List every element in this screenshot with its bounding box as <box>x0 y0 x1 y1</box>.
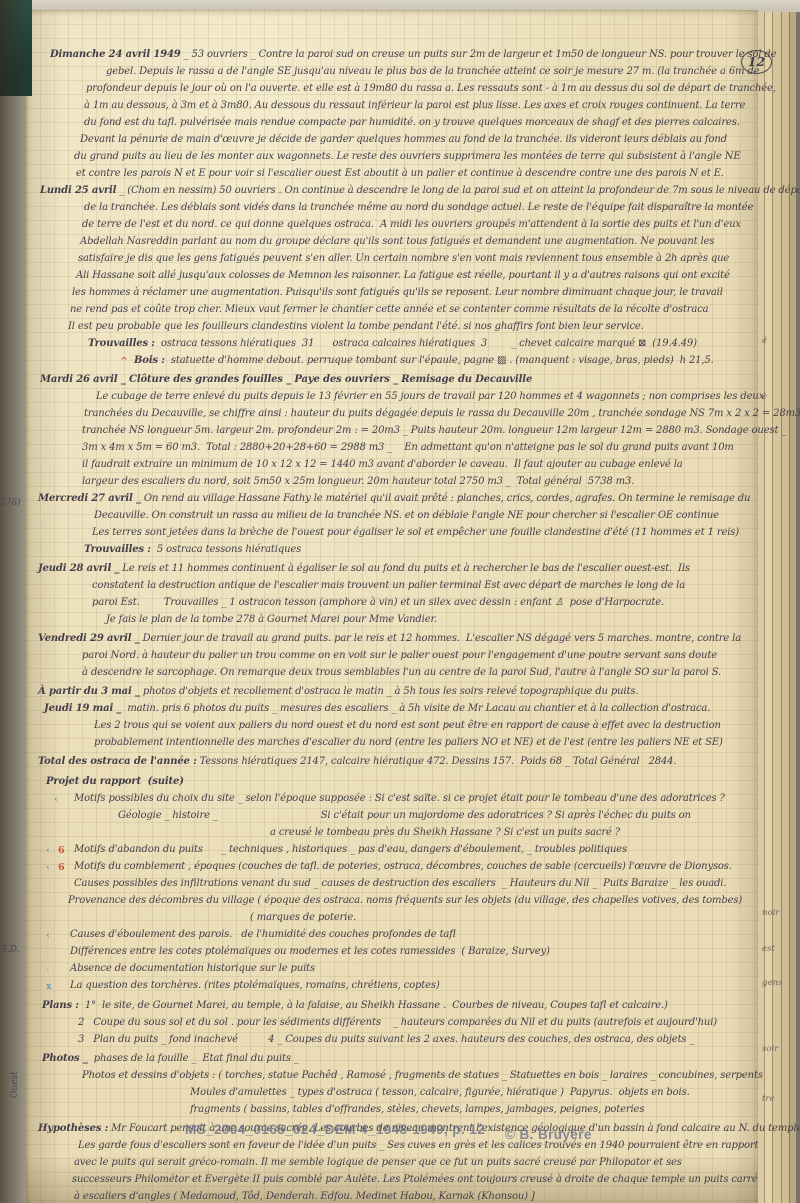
entry-heading: À partir du 3 mai _ <box>38 686 140 697</box>
entry-heading: Trouvailles : <box>84 544 151 555</box>
manuscript-line: à descendre le sarcophage. On remarque d… <box>38 664 756 681</box>
entry-text: Devant la pénurie de main d'œuvre je déc… <box>80 134 727 145</box>
manuscript-line: paroi Est. Trouvailles _ 1 ostracon tess… <box>38 594 756 611</box>
entry-text: _ 53 ouvriers _ Contre la paroi sud on c… <box>181 49 777 60</box>
entry-text: Causes d'éboulement des parois. de l'hum… <box>70 929 456 940</box>
manuscript-line: les hommes à réclamer une augmentation. … <box>38 284 756 301</box>
watermark-credit: © B. Bruyère <box>505 1127 592 1142</box>
entry-text: ne rend pas et coûte trop cher. Mieux va… <box>70 304 708 315</box>
binding-shadow <box>0 0 30 1203</box>
entry-text: Les 2 trous qui se voient aux paliers du… <box>94 720 721 731</box>
margin-note: S.D. <box>1 945 19 955</box>
manuscript-line: Moules d'amulettes _ types d'ostraca ( t… <box>38 1084 756 1101</box>
margin-check-mark: ‹ <box>54 791 58 808</box>
manuscript-line: probablement intentionnelle des marches … <box>38 734 756 751</box>
manuscript-line: Trouvailles : 5 ostraca tessons hiératiq… <box>38 541 756 558</box>
entry-text: Il est peu probable que les fouilleurs c… <box>68 321 644 332</box>
manuscript-line: ‹6Motifs du comblement , époques (couche… <box>38 858 756 875</box>
manuscript-line: Les terres sont jetées dans la brèche de… <box>38 524 756 541</box>
manuscript-line: 3 Plan du puits _ fond inachevé 4 _ Coup… <box>38 1031 756 1048</box>
entry-text: largeur des escaliers du nord, soit 5m50… <box>82 476 634 487</box>
margin-check-mark: x <box>46 978 52 995</box>
facing-page-text-fragment: soir <box>762 1044 778 1054</box>
entry-text: successeurs Philométor et Evergète II pu… <box>72 1174 758 1185</box>
entry-heading: Photos _ <box>42 1053 88 1064</box>
page-number-badge: 12 <box>741 50 772 74</box>
manuscript-line: et contre les parois N et E pour voir si… <box>38 165 756 182</box>
entry-text: probablement intentionnelle des marches … <box>94 737 723 748</box>
entry-text: avec le puits qui serait gréco-romain. I… <box>74 1157 682 1168</box>
entry-heading: Vendredi 29 avril _ <box>38 633 140 644</box>
manuscript-line: Trouvailles : ostraca tessons hiératique… <box>38 335 756 352</box>
entry-text: On rend au village Hassane Fathy le maté… <box>141 493 750 504</box>
manuscript-line: ‹Causes d'éboulement des parois. de l'hu… <box>38 926 756 943</box>
margin-check-mark: 6 <box>58 859 65 876</box>
entry-text: a creusé le tombeau près du Sheikh Hassa… <box>270 827 620 838</box>
entry-text: Géologie _ histoire _ Si c'était pour un… <box>118 810 691 821</box>
entry-text: ostraca tessons hiératiques 31 ostraca c… <box>155 338 697 349</box>
entry-text: Moules d'amulettes _ types d'ostraca ( t… <box>190 1087 690 1098</box>
manuscript-line: ‹6Motifs d'abandon du puits _ techniques… <box>38 841 756 858</box>
manuscript-line: Photos et dessins d'objets : ( torches, … <box>38 1067 756 1084</box>
manuscript-line: paroi Nord. à hauteur du palier un trou … <box>38 647 756 664</box>
manuscript-line: Il est peu probable que les fouilleurs c… <box>38 318 756 335</box>
manuscript-line: Plans : 1° le site, de Gournet Marei, au… <box>38 997 756 1014</box>
entry-heading: Total des ostraca de l'année : <box>38 756 197 767</box>
entry-text: tranchée NS longueur 5m. largeur 2m. pro… <box>82 425 786 436</box>
entry-text: phases de la fouille _ Etat final du pui… <box>88 1053 299 1064</box>
manuscript-line: ‹Absence de documentation historique sur… <box>38 960 756 977</box>
manuscript-line: xLa question des torchères. (rites ptolé… <box>38 977 756 994</box>
entry-text: Différences entre les cotes ptolémaïques… <box>70 946 550 957</box>
manuscript-line: Decauville. On construit un rassa au mil… <box>38 507 756 524</box>
entry-heading: Lundi 25 avril <box>40 185 116 196</box>
entry-text: Decauville. On construit un rassa au mil… <box>94 510 719 521</box>
manuscript-text: Dimanche 24 avril 1949 _ 53 ouvriers _ C… <box>38 46 756 1203</box>
entry-text: de terre de l'est et du nord. ce qui don… <box>82 219 741 230</box>
manuscript-line: Jeudi 19 mai _ matin. pris 6 photos du p… <box>38 700 756 717</box>
manuscript-line: fragments ( bassins, tables d'offrandes,… <box>38 1101 756 1118</box>
entry-text: ( marques de poterie. <box>250 912 356 923</box>
manuscript-line: Total des ostraca de l'année : Tessons h… <box>38 753 756 770</box>
entry-text: gebel. Depuis le rassa a de l'angle SE j… <box>106 66 759 77</box>
manuscript-line: tranchée NS longueur 5m. largeur 2m. pro… <box>38 422 756 439</box>
manuscript-line: il faudrait extraire un minimum de 10 x … <box>38 456 756 473</box>
entry-text: 2 Coupe du sous sol et du sol . pour les… <box>78 1017 717 1028</box>
entry-text: Je fais le plan de la tombe 278 à Gourne… <box>106 614 437 625</box>
entry-text: du grand puits au lieu de les monter aux… <box>74 151 741 162</box>
entry-heading: Projet du rapport (suite) <box>46 776 184 787</box>
entry-heading: Dimanche 24 avril 1949 <box>50 49 181 60</box>
entry-text: 3 Plan du puits _ fond inachevé 4 _ Coup… <box>78 1034 694 1045</box>
manuscript-line: 2 Coupe du sous sol et du sol . pour les… <box>38 1014 756 1031</box>
entry-heading: Jeudi 19 mai _ <box>44 703 121 714</box>
manuscript-line: Géologie _ histoire _ Si c'était pour un… <box>38 807 756 824</box>
entry-text: Photos et dessins d'objets : ( torches, … <box>82 1070 763 1081</box>
entry-text: 5 ostraca tessons hiératiques <box>151 544 301 555</box>
manuscript-line: Les 2 trous qui se voient aux paliers du… <box>38 717 756 734</box>
margin-check-mark: ‹ <box>46 961 50 978</box>
manuscript-line: Jeudi 28 avril _ Le reis et 11 hommes co… <box>38 560 756 577</box>
entry-heading: Hypothèses : <box>38 1123 108 1134</box>
entry-text: Tessons hiératiques 2147, calcaire hiéra… <box>197 756 677 767</box>
entry-text: Abdellah Nasreddin parlant au nom du gro… <box>80 236 714 247</box>
manuscript-line: Mercredi 27 avril _ On rend au village H… <box>38 490 756 507</box>
manuscript-line: tranchées du Decauville, se chiffre ains… <box>38 405 756 422</box>
manuscript-line: à 1m au dessous, à 3m et à 3m80. Au dess… <box>38 97 756 114</box>
manuscript-line: À partir du 3 mai _ photos d'objets et r… <box>38 683 756 700</box>
entry-heading: Plans : <box>42 1000 79 1011</box>
manuscript-line: Causes possibles des infiltrations venan… <box>38 875 756 892</box>
entry-text: Causes possibles des infiltrations venan… <box>74 878 726 889</box>
entry-text: Le cubage de terre enlevé du puits depui… <box>96 391 764 402</box>
entry-text: Motifs d'abandon du puits _ techniques ,… <box>74 844 627 855</box>
manuscript-line: du grand puits au lieu de les monter aux… <box>38 148 756 165</box>
manuscript-line: 3m x 4m x 5m = 60 m3. Total : 2880+20+28… <box>38 439 756 456</box>
entry-text: et contre les parois N et E pour voir si… <box>76 168 724 179</box>
manuscript-line: Lundi 25 avril _ (Chom en nessim) 50 ouv… <box>38 182 756 199</box>
entry-text: _ (Chom en nessim) 50 ouvriers . On cont… <box>116 185 800 196</box>
manuscript-line: ‹Différences entre les cotes ptolémaïque… <box>38 943 756 960</box>
entry-text: à descendre le sarcophage. On remarque d… <box>82 667 721 678</box>
manuscript-line: ‹Motifs possibles du choix du site _ sel… <box>38 790 756 807</box>
entry-heading: Trouvailles : <box>88 338 155 349</box>
entry-text: Ali Hassane soit allé jusqu'aux colosses… <box>76 270 730 281</box>
entry-text: La question des torchères. (rites ptolém… <box>70 980 440 991</box>
manuscript-line: gebel. Depuis le rassa a de l'angle SE j… <box>38 63 756 80</box>
entry-text: de la tranchée. Les déblais sont vidés d… <box>84 202 753 213</box>
entry-text: Les garde fous d'escaliers sont en faveu… <box>78 1140 758 1151</box>
manuscript-line: constatent la destruction antique de l'e… <box>38 577 756 594</box>
entry-text: à escaliers d'angles ( Medamoud, Tôd, De… <box>74 1191 535 1202</box>
manuscript-line: Le cubage de terre enlevé du puits depui… <box>38 388 756 405</box>
margin-check-mark: ‹ <box>46 927 50 944</box>
margin-check-mark: 6 <box>58 842 65 859</box>
notebook-page: Dimanche 24 avril 1949 _ 53 ouvriers _ C… <box>26 10 758 1203</box>
entry-text: constatent la destruction antique de l'e… <box>92 580 685 591</box>
entry-heading: Bois : <box>134 355 165 366</box>
manuscript-line: successeurs Philométor et Evergète II pu… <box>38 1171 756 1188</box>
entry-text: il faudrait extraire un minimum de 10 x … <box>82 459 683 470</box>
entry-text: fragments ( bassins, tables d'offrandes,… <box>190 1104 644 1115</box>
entry-text: matin. pris 6 photos du puits _ mesures … <box>121 703 710 714</box>
manuscript-line: Les garde fous d'escaliers sont en faveu… <box>38 1137 756 1154</box>
entry-text: Dernier jour de travail au grand puits. … <box>140 633 741 644</box>
manuscript-line: avec le puits qui serait gréco-romain. I… <box>38 1154 756 1171</box>
manuscript-line: Projet du rapport (suite) <box>38 773 756 790</box>
facing-page-text-fragment: est <box>762 944 775 954</box>
facing-page-text-fragment: tre <box>762 1094 775 1104</box>
manuscript-line: de terre de l'est et du nord. ce qui don… <box>38 216 756 233</box>
entry-text: satisfaire je dis que les gens fatigués … <box>78 253 729 264</box>
entry-text: 1° le site, de Gournet Marei, au temple,… <box>79 1000 668 1011</box>
margin-note: Ouest <box>10 1071 20 1098</box>
manuscript-line: de la tranchée. Les déblais sont vidés d… <box>38 199 756 216</box>
entry-text: Motifs possibles du choix du site _ selo… <box>74 793 725 804</box>
manuscript-line: Devant la pénurie de main d'œuvre je déc… <box>38 131 756 148</box>
margin-check-mark: ‹ <box>46 842 50 859</box>
manuscript-line: satisfaire je dis que les gens fatigués … <box>38 250 756 267</box>
manuscript-line: Mardi 26 avril _ Clôture des grandes fou… <box>38 371 756 388</box>
entry-text: Absence de documentation historique sur … <box>70 963 315 974</box>
manuscript-line: a creusé le tombeau près du Sheikh Hassa… <box>38 824 756 841</box>
entry-heading: Mercredi 27 avril _ <box>38 493 141 504</box>
entry-text: Le reis et 11 hommes continuent à égalis… <box>119 563 690 574</box>
manuscript-line: Dimanche 24 avril 1949 _ 53 ouvriers _ C… <box>38 46 756 63</box>
entry-heading: Jeudi 28 avril _ <box>38 563 119 574</box>
manuscript-line: Ali Hassane soit allé jusqu'aux colosses… <box>38 267 756 284</box>
manuscript-line: Vendredi 29 avril _ Dernier jour de trav… <box>38 630 756 647</box>
entry-text: Motifs du comblement , époques (couches … <box>74 861 732 872</box>
entry-text: profondeur depuis le jour où on l'a ouve… <box>86 83 776 94</box>
notebook-photo: Dimanche 24 avril 1949 _ 53 ouvriers _ C… <box>0 0 800 1203</box>
manuscript-line: du fond est du tafl. pulvérisée mais ren… <box>38 114 756 131</box>
entry-text: du fond est du tafl. pulvérisée mais ren… <box>84 117 740 128</box>
margin-check-mark: ^ <box>120 353 128 370</box>
manuscript-line: Provenance des décombres du village ( ép… <box>38 892 756 909</box>
margin-check-mark: ‹ <box>46 944 50 961</box>
manuscript-line: ^Bois : statuette d'homme debout. perruq… <box>38 352 756 369</box>
manuscript-line: largeur des escaliers du nord, soit 5m50… <box>38 473 756 490</box>
margin-note: 576) <box>0 498 21 508</box>
manuscript-line: ( marques de poterie. <box>38 909 756 926</box>
entry-text: statuette d'homme debout. perruque tomba… <box>165 355 714 366</box>
manuscript-line: Photos _ phases de la fouille _ Etat fin… <box>38 1050 756 1067</box>
facing-page-text-fragment: noir <box>762 908 779 918</box>
margin-check-mark: ‹ <box>46 859 50 876</box>
entry-text: Les terres sont jetées dans la brèche de… <box>92 527 739 538</box>
entry-text: paroi Nord. à hauteur du palier un trou … <box>82 650 717 661</box>
watermark-id: MS_2004_0165_024_DEM 4_1948-1949, p. 12 <box>185 1122 485 1137</box>
entry-text: tranchées du Decauville, se chiffre ains… <box>84 408 800 419</box>
facing-page-text-fragment: è <box>762 392 767 402</box>
manuscript-line: à escaliers d'angles ( Medamoud, Tôd, De… <box>38 1188 756 1203</box>
entry-text: 3m x 4m x 5m = 60 m3. Total : 2880+20+28… <box>82 442 734 453</box>
manuscript-line: Je fais le plan de la tombe 278 à Gourne… <box>38 611 756 628</box>
entry-text: les hommes à réclamer une augmentation. … <box>72 287 723 298</box>
entry-text: à 1m au dessous, à 3m et à 3m80. Au dess… <box>84 100 745 111</box>
facing-page-text-fragment: gens <box>762 978 782 988</box>
manuscript-line: Abdellah Nasreddin parlant au nom du gro… <box>38 233 756 250</box>
entry-text: paroi Est. Trouvailles _ 1 ostracon tess… <box>92 597 664 608</box>
manuscript-line: profondeur depuis le jour où on l'a ouve… <box>38 80 756 97</box>
entry-text: photos d'objets et recollement d'ostraca… <box>140 686 639 697</box>
entry-text: Provenance des décombres du village ( ép… <box>68 895 742 906</box>
facing-page-text-fragment: é <box>762 336 767 346</box>
entry-heading: Mardi 26 avril _ Clôture des grandes fou… <box>40 374 532 385</box>
manuscript-line: ne rend pas et coûte trop cher. Mieux va… <box>38 301 756 318</box>
